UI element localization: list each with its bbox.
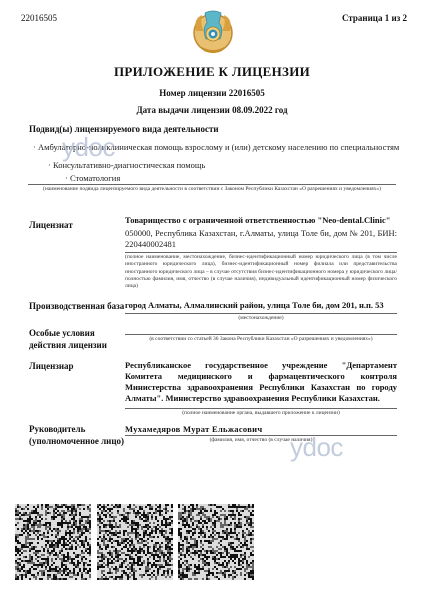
head-label: Руководитель (уполномоченное лицо) <box>29 423 124 447</box>
licensor-label: Лицензиар <box>29 360 74 372</box>
subtype-item: · Стоматология <box>65 173 120 183</box>
head-value: Мухамедяров Мурат Ельжасович <box>125 424 397 435</box>
state-emblem-icon <box>190 7 236 55</box>
qr-code-icon <box>15 504 91 580</box>
qr-code-icon <box>97 504 173 580</box>
page-title: ПРИЛОЖЕНИЕ К ЛИЦЕНЗИИ <box>0 64 424 80</box>
licensee-name: Товарищество с ограниченной ответственно… <box>125 215 397 226</box>
licensor-value: Республиканское государственное учрежден… <box>125 360 397 404</box>
production-base-note: (местонахождение) <box>125 315 397 322</box>
license-number: Номер лицензии 22016505 <box>0 88 424 98</box>
licensee-label: Лицензиат <box>29 219 73 231</box>
production-base-value: город Алматы, Алмалинский район, улица Т… <box>125 300 397 311</box>
divider <box>125 313 397 314</box>
licensee-address: 050000, Республика Казахстан, г.Алматы, … <box>125 228 397 250</box>
divider <box>125 408 397 409</box>
watermark: ydoc <box>62 132 115 163</box>
subtypes-note: (наименование подвида лицензируемого вид… <box>22 186 402 193</box>
special-conditions-note: (в соответствии со статьей 36 Закона Рес… <box>125 336 397 343</box>
divider <box>28 184 396 185</box>
subtypes-heading: Подвид(ы) лицензируемого вида деятельнос… <box>29 124 219 134</box>
licensor-note: (полное наименование органа, выдавшего п… <box>125 410 397 417</box>
special-conditions-label: Особые условия действия лицензии <box>29 327 124 351</box>
licensee-note: (полное наименование, местонахождение, б… <box>125 254 397 290</box>
watermark: ydoc <box>290 432 343 463</box>
divider <box>125 435 397 436</box>
divider <box>125 334 397 335</box>
production-base-label: Производственная база <box>29 300 124 312</box>
divider <box>125 252 397 253</box>
document-number: 22016505 <box>21 13 57 23</box>
qr-code-icon <box>178 504 254 580</box>
license-issue-date: Дата выдачи лицензии 08.09.2022 год <box>0 105 424 115</box>
head-note: (фамилия, имя, отчество (в случае наличи… <box>125 437 397 444</box>
page-indicator: Страница 1 из 2 <box>342 13 407 23</box>
